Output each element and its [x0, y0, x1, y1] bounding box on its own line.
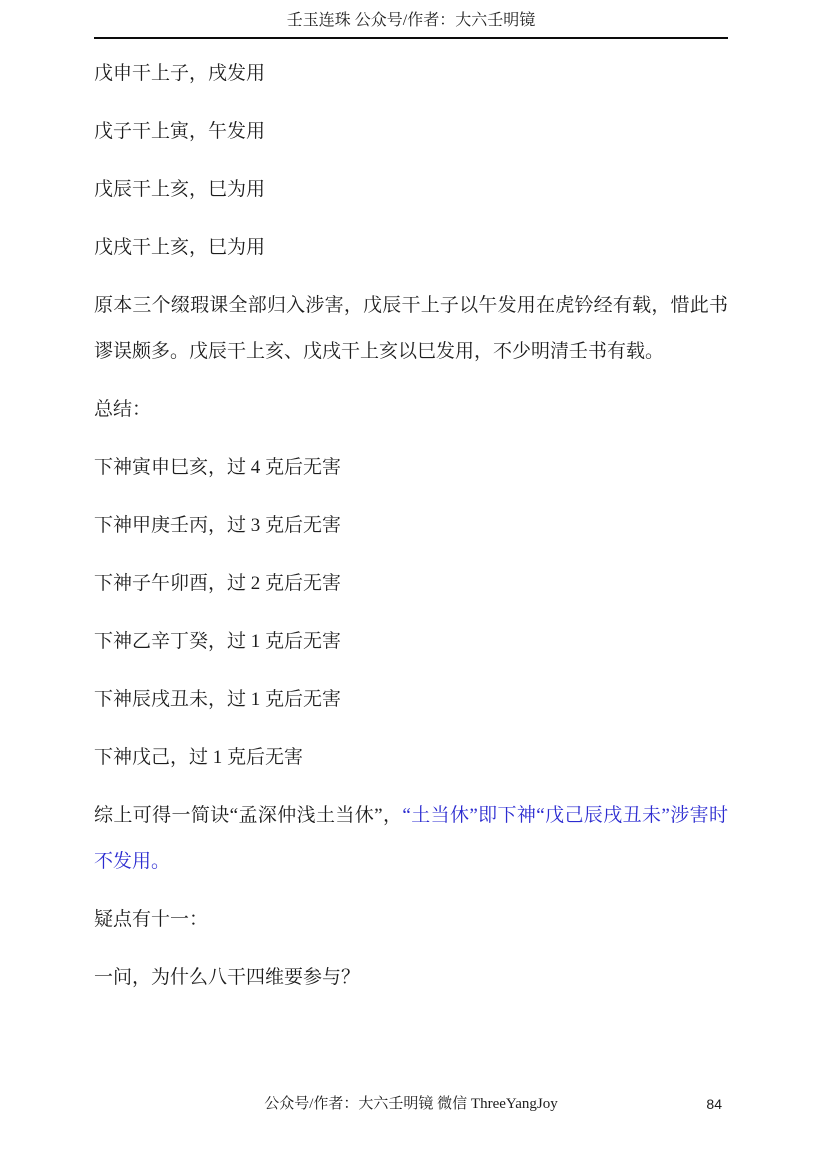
course-line: 戊辰干上亥，巳为用: [94, 167, 728, 213]
summary-rule-line: 下神戊己，过 1 克后无害: [94, 735, 728, 781]
page-footer: 公众号/作者：大六壬明镜 微信 ThreeYangJoy 84: [94, 1094, 728, 1114]
commentary-paragraph: 原本三个缀瑕课全部归入涉害，戊辰干上子以午发用在虎钤经有载，惜此书谬误颇多。戊辰…: [94, 283, 728, 375]
page-header: 壬玉连珠 公众号/作者：大六壬明镜: [94, 10, 728, 39]
document-body: 戊申干上子，戌发用 戊子干上寅，午发用 戊辰干上亥，巳为用 戊戌干上亥，巳为用 …: [94, 51, 728, 1001]
page-content: 壬玉连珠 公众号/作者：大六壬明镜 戊申干上子，戌发用 戊子干上寅，午发用 戊辰…: [94, 10, 728, 1013]
course-line: 戊申干上子，戌发用: [94, 51, 728, 97]
question-line: 一问，为什么八干四维要参与？: [94, 955, 728, 1001]
summary-heading: 总结：: [94, 387, 728, 433]
course-line: 戊子干上寅，午发用: [94, 109, 728, 155]
summary-rule-line: 下神子午卯酉，过 2 克后无害: [94, 561, 728, 607]
summary-rule-line: 下神辰戌丑未，过 1 克后无害: [94, 677, 728, 723]
conclusion-black-text: 综上可得一简诀“孟深仲浅土当休”，: [94, 805, 402, 826]
course-line: 戊戌干上亥，巳为用: [94, 225, 728, 271]
questions-heading: 疑点有十一：: [94, 897, 728, 943]
page-number: 84: [706, 1094, 722, 1114]
document-page: 壬玉连珠 公众号/作者：大六壬明镜 戊申干上子，戌发用 戊子干上寅，午发用 戊辰…: [0, 0, 816, 1169]
summary-rule-line: 下神乙辛丁癸，过 1 克后无害: [94, 619, 728, 665]
conclusion-paragraph: 综上可得一简诀“孟深仲浅土当休”，“土当休”即下神“戊己辰戌丑未”涉害时不发用。: [94, 793, 728, 885]
footer-text: 公众号/作者：大六壬明镜 微信 ThreeYangJoy: [264, 1096, 557, 1112]
summary-rule-line: 下神寅申巳亥，过 4 克后无害: [94, 445, 728, 491]
summary-rule-line: 下神甲庚壬丙，过 3 克后无害: [94, 503, 728, 549]
header-title: 壬玉连珠 公众号/作者：大六壬明镜: [287, 12, 535, 29]
